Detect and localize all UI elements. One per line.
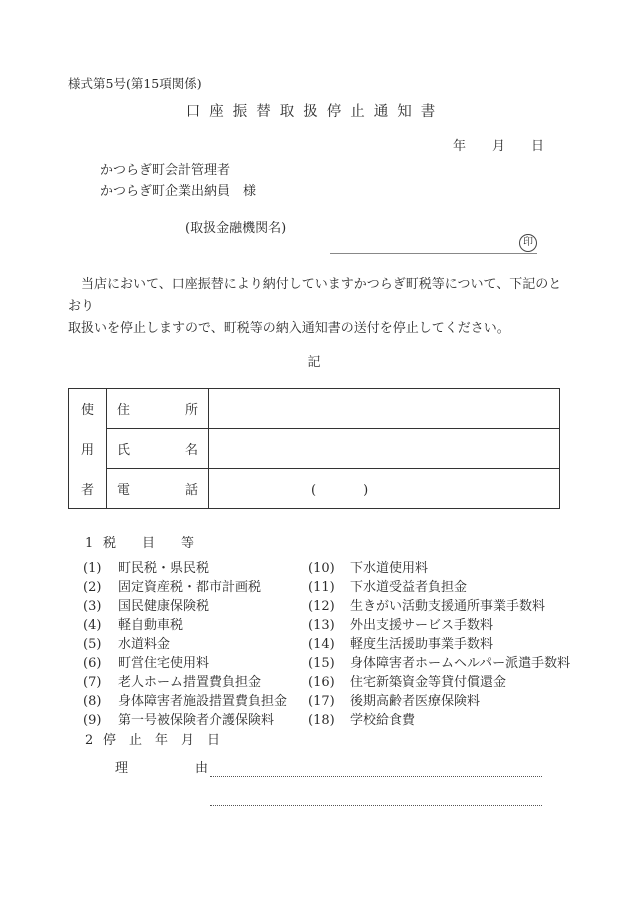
- tax-item: (12)生きがい活動支援通所事業手数料: [308, 597, 630, 616]
- form-number: 様式第5号(第15項関係): [68, 76, 630, 92]
- tax-item-number: (3): [83, 597, 118, 616]
- reason-label-end: 由: [195, 760, 208, 778]
- reason-label-start: 理: [115, 760, 128, 778]
- body-line-1: 当店において、口座振替により納付していますかつらぎ町税等について、下記のとおり: [68, 274, 562, 318]
- record-mark: 記: [0, 354, 630, 372]
- tax-item-label: 身体障害者ホームヘルパー派遣手数料: [350, 654, 570, 673]
- tax-item-number: (13): [308, 616, 350, 635]
- phone-parentheses: ( ): [311, 483, 370, 498]
- tax-item-number: (11): [308, 578, 350, 597]
- table-row: 電 話 ( ): [69, 469, 560, 509]
- tax-item-label: 外出支援サービス手数料: [350, 616, 493, 635]
- tax-item: (17)後期高齢者医療保険料: [308, 692, 630, 711]
- tax-items-left-column: (1)町民税・県民税 (2)固定資産税・都市計画税 (3)国民健康保険税 (4)…: [83, 559, 308, 730]
- section-number: 2: [85, 732, 103, 750]
- user-group-char: 使: [81, 399, 94, 418]
- tax-item-label: 町民税・県民税: [118, 559, 209, 578]
- tax-item-label: 固定資産税・都市計画税: [118, 578, 261, 597]
- addressee-enterprise-treasurer: かつらぎ町企業出納員 様: [100, 181, 630, 202]
- body-line-2: 取扱いを停止しますので、町税等の納入通知書の送付を停止してください。: [68, 318, 562, 340]
- document-page: 様式第5号(第15項関係) 口座振替取扱停止通知書 年 月 日 かつらぎ町会計管…: [0, 0, 630, 915]
- name-label-start: 氏: [117, 439, 130, 458]
- tax-item-label: 生きがい活動支援通所事業手数料: [350, 597, 545, 616]
- tax-item: (7)老人ホーム措置費負担金: [83, 673, 308, 692]
- section-title: 停 止 年 月 日: [103, 733, 220, 748]
- table-row: 使 用 者 住 所: [69, 389, 560, 429]
- reason-dotted-line-1: [210, 760, 542, 777]
- name-label-end: 名: [185, 439, 198, 458]
- tax-item-number: (12): [308, 597, 350, 616]
- table-row: 氏 名: [69, 429, 560, 469]
- address-value-cell: [209, 389, 560, 429]
- reason-row: 理 由: [115, 760, 630, 778]
- tax-items-right-column: (10)下水道使用料 (11)下水道受益者負担金 (12)生きがい活動支援通所事…: [308, 559, 630, 730]
- tax-item: (8)身体障害者施設措置費負担金: [83, 692, 308, 711]
- user-group-char: 用: [81, 439, 94, 458]
- tax-item-label: 軽度生活援助事業手数料: [350, 635, 493, 654]
- tax-item-number: (6): [83, 654, 118, 673]
- address-label-cell: 住 所: [107, 389, 209, 429]
- tax-item-number: (15): [308, 654, 350, 673]
- tax-item-number: (2): [83, 578, 118, 597]
- tax-item-label: 学校給食費: [350, 711, 415, 730]
- tax-item-number: (10): [308, 559, 350, 578]
- name-value-cell: [209, 429, 560, 469]
- tax-item: (16)住宅新築資金等貸付償還金: [308, 673, 630, 692]
- tax-item: (2)固定資産税・都市計画税: [83, 578, 308, 597]
- tax-item-label: 下水道使用料: [350, 559, 428, 578]
- tax-item-label: 下水道受益者負担金: [350, 578, 467, 597]
- financial-institution-label: (取扱金融機関名): [185, 220, 630, 238]
- tax-item-label: 水道料金: [118, 635, 170, 654]
- address-label-end: 所: [185, 399, 198, 418]
- tax-item-label: 住宅新築資金等貸付償還金: [350, 673, 506, 692]
- tax-item-label: 後期高齢者医療保険料: [350, 692, 480, 711]
- tax-item: (10)下水道使用料: [308, 559, 630, 578]
- tax-item-number: (17): [308, 692, 350, 711]
- seal-mark-icon: 印: [519, 234, 537, 252]
- tax-item: (6)町営住宅使用料: [83, 654, 308, 673]
- address-label-start: 住: [117, 399, 130, 418]
- reason-dotted-line-2: [210, 778, 542, 806]
- tax-item-number: (1): [83, 559, 118, 578]
- tax-items-list: (1)町民税・県民税 (2)固定資産税・都市計画税 (3)国民健康保険税 (4)…: [83, 559, 630, 730]
- body-paragraph: 当店において、口座振替により納付していますかつらぎ町税等について、下記のとおり …: [68, 274, 562, 340]
- tax-item: (15)身体障害者ホームヘルパー派遣手数料: [308, 654, 630, 673]
- phone-label-cell: 電 話: [107, 469, 209, 509]
- tax-item: (9)第一号被保険者介護保険料: [83, 711, 308, 730]
- phone-label-start: 電: [117, 479, 130, 498]
- tax-item-label: 軽自動車税: [118, 616, 183, 635]
- tax-item: (5)水道料金: [83, 635, 308, 654]
- tax-item: (3)国民健康保険税: [83, 597, 308, 616]
- addressee-accounting-manager: かつらぎ町会計管理者: [100, 160, 630, 181]
- user-group-label-cell: 使 用 者: [69, 389, 107, 509]
- phone-value-cell: ( ): [209, 469, 560, 509]
- tax-item: (18)学校給食費: [308, 711, 630, 730]
- tax-item-number: (4): [83, 616, 118, 635]
- document-title: 口座振替取扱停止通知書: [0, 102, 630, 122]
- tax-item: (14)軽度生活援助事業手数料: [308, 635, 630, 654]
- tax-item: (11)下水道受益者負担金: [308, 578, 630, 597]
- reason-label: 理 由: [115, 760, 208, 778]
- tax-item: (13)外出支援サービス手数料: [308, 616, 630, 635]
- phone-label-end: 話: [185, 479, 198, 498]
- financial-institution-signature-line: 印: [330, 238, 537, 254]
- tax-item-number: (7): [83, 673, 118, 692]
- tax-item-label: 第一号被保険者介護保険料: [118, 711, 274, 730]
- tax-item-number: (16): [308, 673, 350, 692]
- tax-item-number: (14): [308, 635, 350, 654]
- tax-item: (4)軽自動車税: [83, 616, 308, 635]
- section-number: 1: [85, 535, 103, 553]
- section-stop-date-heading: 2停 止 年 月 日: [85, 732, 630, 750]
- tax-item-label: 身体障害者施設措置費負担金: [118, 692, 287, 711]
- tax-item-label: 国民健康保険税: [118, 597, 209, 616]
- tax-item: (1)町民税・県民税: [83, 559, 308, 578]
- date-blank-line: 年 月 日: [0, 138, 630, 156]
- tax-item-number: (9): [83, 711, 118, 730]
- tax-item-label: 老人ホーム措置費負担金: [118, 673, 261, 692]
- tax-item-number: (8): [83, 692, 118, 711]
- tax-item-number: (5): [83, 635, 118, 654]
- tax-item-label: 町営住宅使用料: [118, 654, 209, 673]
- user-group-char: 者: [81, 479, 94, 498]
- tax-item-number: (18): [308, 711, 350, 730]
- user-info-table: 使 用 者 住 所 氏 名: [68, 388, 560, 509]
- section-title: 税 目 等: [103, 536, 194, 551]
- section-tax-heading: 1税 目 等: [85, 535, 630, 553]
- name-label-cell: 氏 名: [107, 429, 209, 469]
